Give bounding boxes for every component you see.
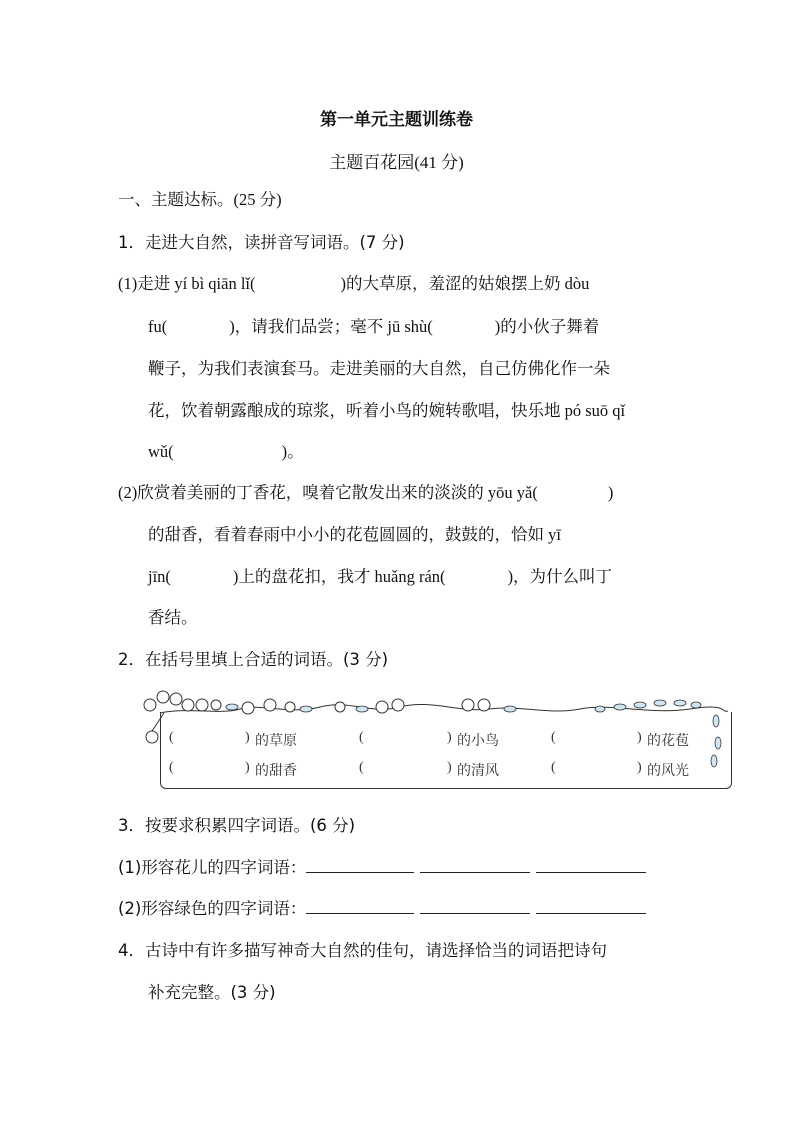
answer-line[interactable] (420, 899, 530, 914)
text: )上的盘花扣，我才 huǎng rán( (233, 567, 446, 586)
question-4-heading-line1: 4．古诗中有许多描写神奇大自然的佳句，请选择恰当的词语把诗句 (118, 940, 607, 962)
text: fu( (148, 317, 167, 336)
q1-p1-line3: 鞭子，为我们表演套马。走进美丽的大自然，自己仿佛化作一朵 (148, 358, 610, 380)
close-paren: ) (245, 760, 250, 776)
item-label: (2)形容绿色的四字词语： (118, 899, 306, 918)
answer-line[interactable] (536, 858, 646, 873)
page-subtitle: 主题百花园(41 分) (0, 148, 793, 173)
q1-p2-line1: (2)欣赏着美丽的丁香花，嗅着它散发出来的淡淡的 yōu yǎ() (118, 482, 613, 504)
text: )。 (282, 442, 304, 461)
open-paren: ( (551, 730, 556, 746)
phrase-label: 的风光 (647, 760, 689, 780)
phrase-label: 的花苞 (647, 730, 689, 750)
question-4-heading-line2: 补充完整。(3 分) (148, 982, 276, 1004)
open-paren: ( (359, 760, 364, 776)
answer-line[interactable] (536, 899, 646, 914)
text: )的大草原，羞涩的姑娘摆上奶 dòu (340, 274, 589, 293)
close-paren: ) (637, 730, 642, 746)
question-2-heading: 2．在括号里填上合适的词语。(3 分) (118, 649, 388, 671)
item-label: (1)形容花儿的四字词语： (118, 858, 306, 877)
close-paren: ) (447, 760, 452, 776)
question-3-heading: 3．按要求积累四字词语。(6 分) (118, 815, 355, 837)
q1-p1-line1: (1)走进 yí bì qiān lǐ()的大草原，羞涩的姑娘摆上奶 dòu (118, 273, 589, 295)
open-paren: ( (551, 760, 556, 776)
fill-in-box: ( ) 的草原 ( ) 的小鸟 ( ) 的花苞 ( ) 的甜香 ( ) 的清风 … (160, 712, 732, 789)
close-paren: ) (245, 730, 250, 746)
close-paren: ) (447, 730, 452, 746)
q1-p2-line4: 香结。 (148, 607, 198, 629)
open-paren: ( (359, 730, 364, 746)
phrase-label: 的草原 (255, 730, 297, 750)
phrase-label: 的清风 (457, 760, 499, 780)
text: (1)走进 yí bì qiān lǐ( (118, 274, 255, 293)
open-paren: ( (169, 760, 174, 776)
answer-line[interactable] (306, 899, 414, 914)
text: wǔ( (148, 442, 174, 461)
q1-p2-line2: 的甜香，看着春雨中小小的花苞圆圆的，鼓鼓的，恰如 yī (148, 524, 561, 546)
close-paren: ) (637, 760, 642, 776)
q1-p1-line4: 花，饮着朝露酿成的琼浆，听着小鸟的婉转歌唱，快乐地 pó suō qǐ (148, 400, 625, 422)
text: )，请我们品尝；毫不 jū shù( (229, 317, 433, 336)
question-1-heading: 1．走进大自然，读拼音写词语。(7 分) (118, 232, 405, 254)
open-paren: ( (169, 730, 174, 746)
section-heading: 一、主题达标。(25 分) (118, 189, 282, 211)
text: jīn( (148, 567, 171, 586)
q1-p1-line5: wǔ()。 (148, 441, 304, 463)
text: ) (608, 483, 614, 502)
phrase-label: 的小鸟 (457, 730, 499, 750)
text: (2)欣赏着美丽的丁香花，嗅着它散发出来的淡淡的 yōu yǎ( (118, 483, 538, 502)
q1-p2-line3: jīn()上的盘花扣，我才 huǎng rán()，为什么叫丁 (148, 566, 612, 588)
text: )的小伙子舞着 (495, 317, 600, 336)
q1-p1-line2: fu()，请我们品尝；毫不 jū shù()的小伙子舞着 (148, 316, 599, 338)
answer-line[interactable] (420, 858, 530, 873)
phrase-label: 的甜香 (255, 760, 297, 780)
page-title: 第一单元主题训练卷 (0, 105, 793, 130)
q3-item-2: (2)形容绿色的四字词语： (118, 898, 652, 920)
answer-line[interactable] (306, 858, 414, 873)
q3-item-1: (1)形容花儿的四字词语： (118, 857, 652, 879)
text: )，为什么叫丁 (508, 567, 613, 586)
